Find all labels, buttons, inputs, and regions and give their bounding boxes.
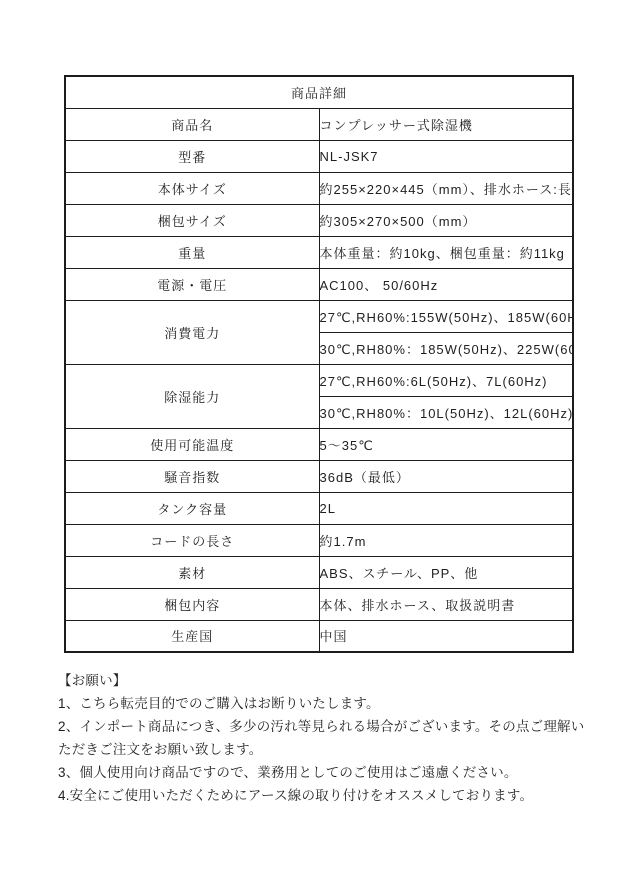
spec-value: コンプレッサー式除湿機: [319, 108, 573, 140]
spec-value: 約305×270×500（mm）: [319, 204, 573, 236]
spec-row: 生産国中国: [65, 620, 573, 652]
spec-row: コードの長さ約1.7m: [65, 524, 573, 556]
notes-section: 【お願い】 1、こちら転売目的でのご購入はお断りいたします。2、インポート商品に…: [58, 669, 585, 807]
spec-label: 型番: [65, 140, 319, 172]
spec-row: 梱包サイズ約305×270×500（mm）: [65, 204, 573, 236]
spec-label: 消費電力: [65, 300, 319, 364]
spec-label: 除湿能力: [65, 364, 319, 428]
spec-label: 使用可能温度: [65, 428, 319, 460]
note-item: 3、個人使用向け商品ですので、業務用としてのご使用はご遠慮ください。: [58, 761, 585, 784]
spec-value: NL-JSK7: [319, 140, 573, 172]
spec-value: 本体重量：約10kg、梱包重量：約11kg: [319, 236, 573, 268]
spec-value: 36dB（最低）: [319, 460, 573, 492]
spec-label: 素材: [65, 556, 319, 588]
spec-row: 消費電力27℃,RH60%:155W(50Hz)、185W(60Hz): [65, 300, 573, 332]
product-spec-table: 商品詳細商品名コンプレッサー式除湿機型番NL-JSK7本体サイズ約255×220…: [64, 75, 574, 653]
note-item: 1、こちら転売目的でのご購入はお断りいたします。: [58, 692, 585, 715]
notes-heading: 【お願い】: [58, 669, 585, 692]
spec-row: 除湿能力27℃,RH60%:6L(50Hz)、7L(60Hz): [65, 364, 573, 396]
spec-value: 約255×220×445（mm）、排水ホース:長さ約100cm: [319, 172, 573, 204]
table-title: 商品詳細: [65, 76, 573, 108]
spec-label: 梱包内容: [65, 588, 319, 620]
spec-label: 生産国: [65, 620, 319, 652]
spec-value: 本体、排水ホース、取扱説明書: [319, 588, 573, 620]
spec-row: 素材ABS、スチール、PP、他: [65, 556, 573, 588]
spec-row: 梱包内容本体、排水ホース、取扱説明書: [65, 588, 573, 620]
spec-label: 重量: [65, 236, 319, 268]
spec-value: 30℃,RH80%：185W(50Hz)、225W(60Hz): [319, 332, 573, 364]
notes-list: 1、こちら転売目的でのご購入はお断りいたします。2、インポート商品につき、多少の…: [58, 692, 585, 807]
spec-value: 2L: [319, 492, 573, 524]
spec-row: 本体サイズ約255×220×445（mm）、排水ホース:長さ約100cm: [65, 172, 573, 204]
spec-value: 27℃,RH60%:155W(50Hz)、185W(60Hz): [319, 300, 573, 332]
spec-row: タンク容量2L: [65, 492, 573, 524]
spec-value: 5～35℃: [319, 428, 573, 460]
spec-value: AC100、 50/60Hz: [319, 268, 573, 300]
spec-label: 騒音指数: [65, 460, 319, 492]
spec-label: 商品名: [65, 108, 319, 140]
spec-label: タンク容量: [65, 492, 319, 524]
spec-label: 本体サイズ: [65, 172, 319, 204]
spec-value: 30℃,RH80%：10L(50Hz)、12L(60Hz): [319, 396, 573, 428]
spec-row: 重量本体重量：約10kg、梱包重量：約11kg: [65, 236, 573, 268]
spec-row: 使用可能温度5～35℃: [65, 428, 573, 460]
spec-title-row: 商品詳細: [65, 76, 573, 108]
spec-row: 型番NL-JSK7: [65, 140, 573, 172]
spec-value: 約1.7m: [319, 524, 573, 556]
spec-label: コードの長さ: [65, 524, 319, 556]
spec-row: 商品名コンプレッサー式除湿機: [65, 108, 573, 140]
spec-value: ABS、スチール、PP、他: [319, 556, 573, 588]
spec-row: 騒音指数36dB（最低）: [65, 460, 573, 492]
spec-value: 27℃,RH60%:6L(50Hz)、7L(60Hz): [319, 364, 573, 396]
spec-label: 電源・電圧: [65, 268, 319, 300]
note-item: 2、インポート商品につき、多少の汚れ等見られる場合がございます。その点ご理解いた…: [58, 715, 585, 761]
spec-value: 中国: [319, 620, 573, 652]
spec-row: 電源・電圧AC100、 50/60Hz: [65, 268, 573, 300]
spec-table-body: 商品詳細商品名コンプレッサー式除湿機型番NL-JSK7本体サイズ約255×220…: [65, 76, 573, 652]
spec-label: 梱包サイズ: [65, 204, 319, 236]
note-item: 4.安全にご使用いただくためにアース線の取り付けをオススメしております。: [58, 784, 585, 807]
